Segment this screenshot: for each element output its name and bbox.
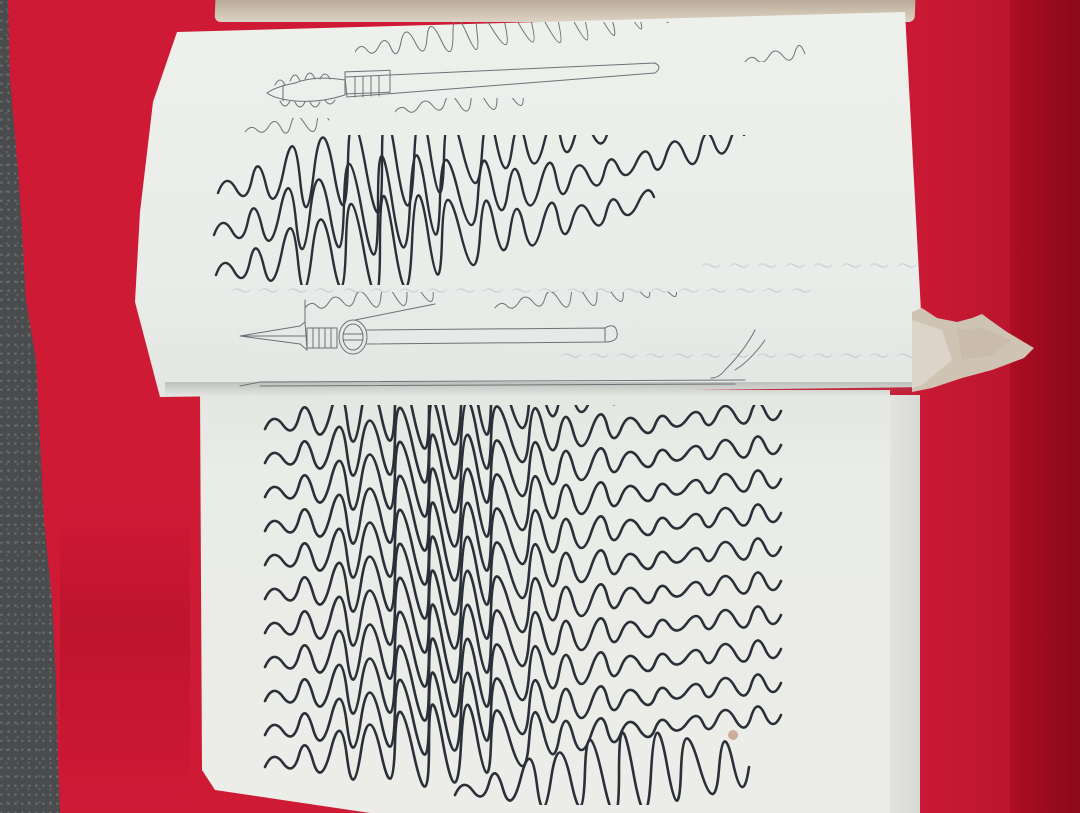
torn-paper-flap [912,300,1037,395]
tufted-spear-length-note [395,98,545,120]
tufted-spear-caption [355,22,825,62]
script-lines [265,405,781,805]
upper-page-script-text [200,135,840,285]
asphalt-ground [0,0,60,813]
cloth-fold-shadow [60,500,190,813]
paper-stain [728,730,738,740]
yari-spear-caption [305,292,725,316]
lower-page-script-text [225,405,875,805]
lower-page-fore-edge [890,395,920,813]
